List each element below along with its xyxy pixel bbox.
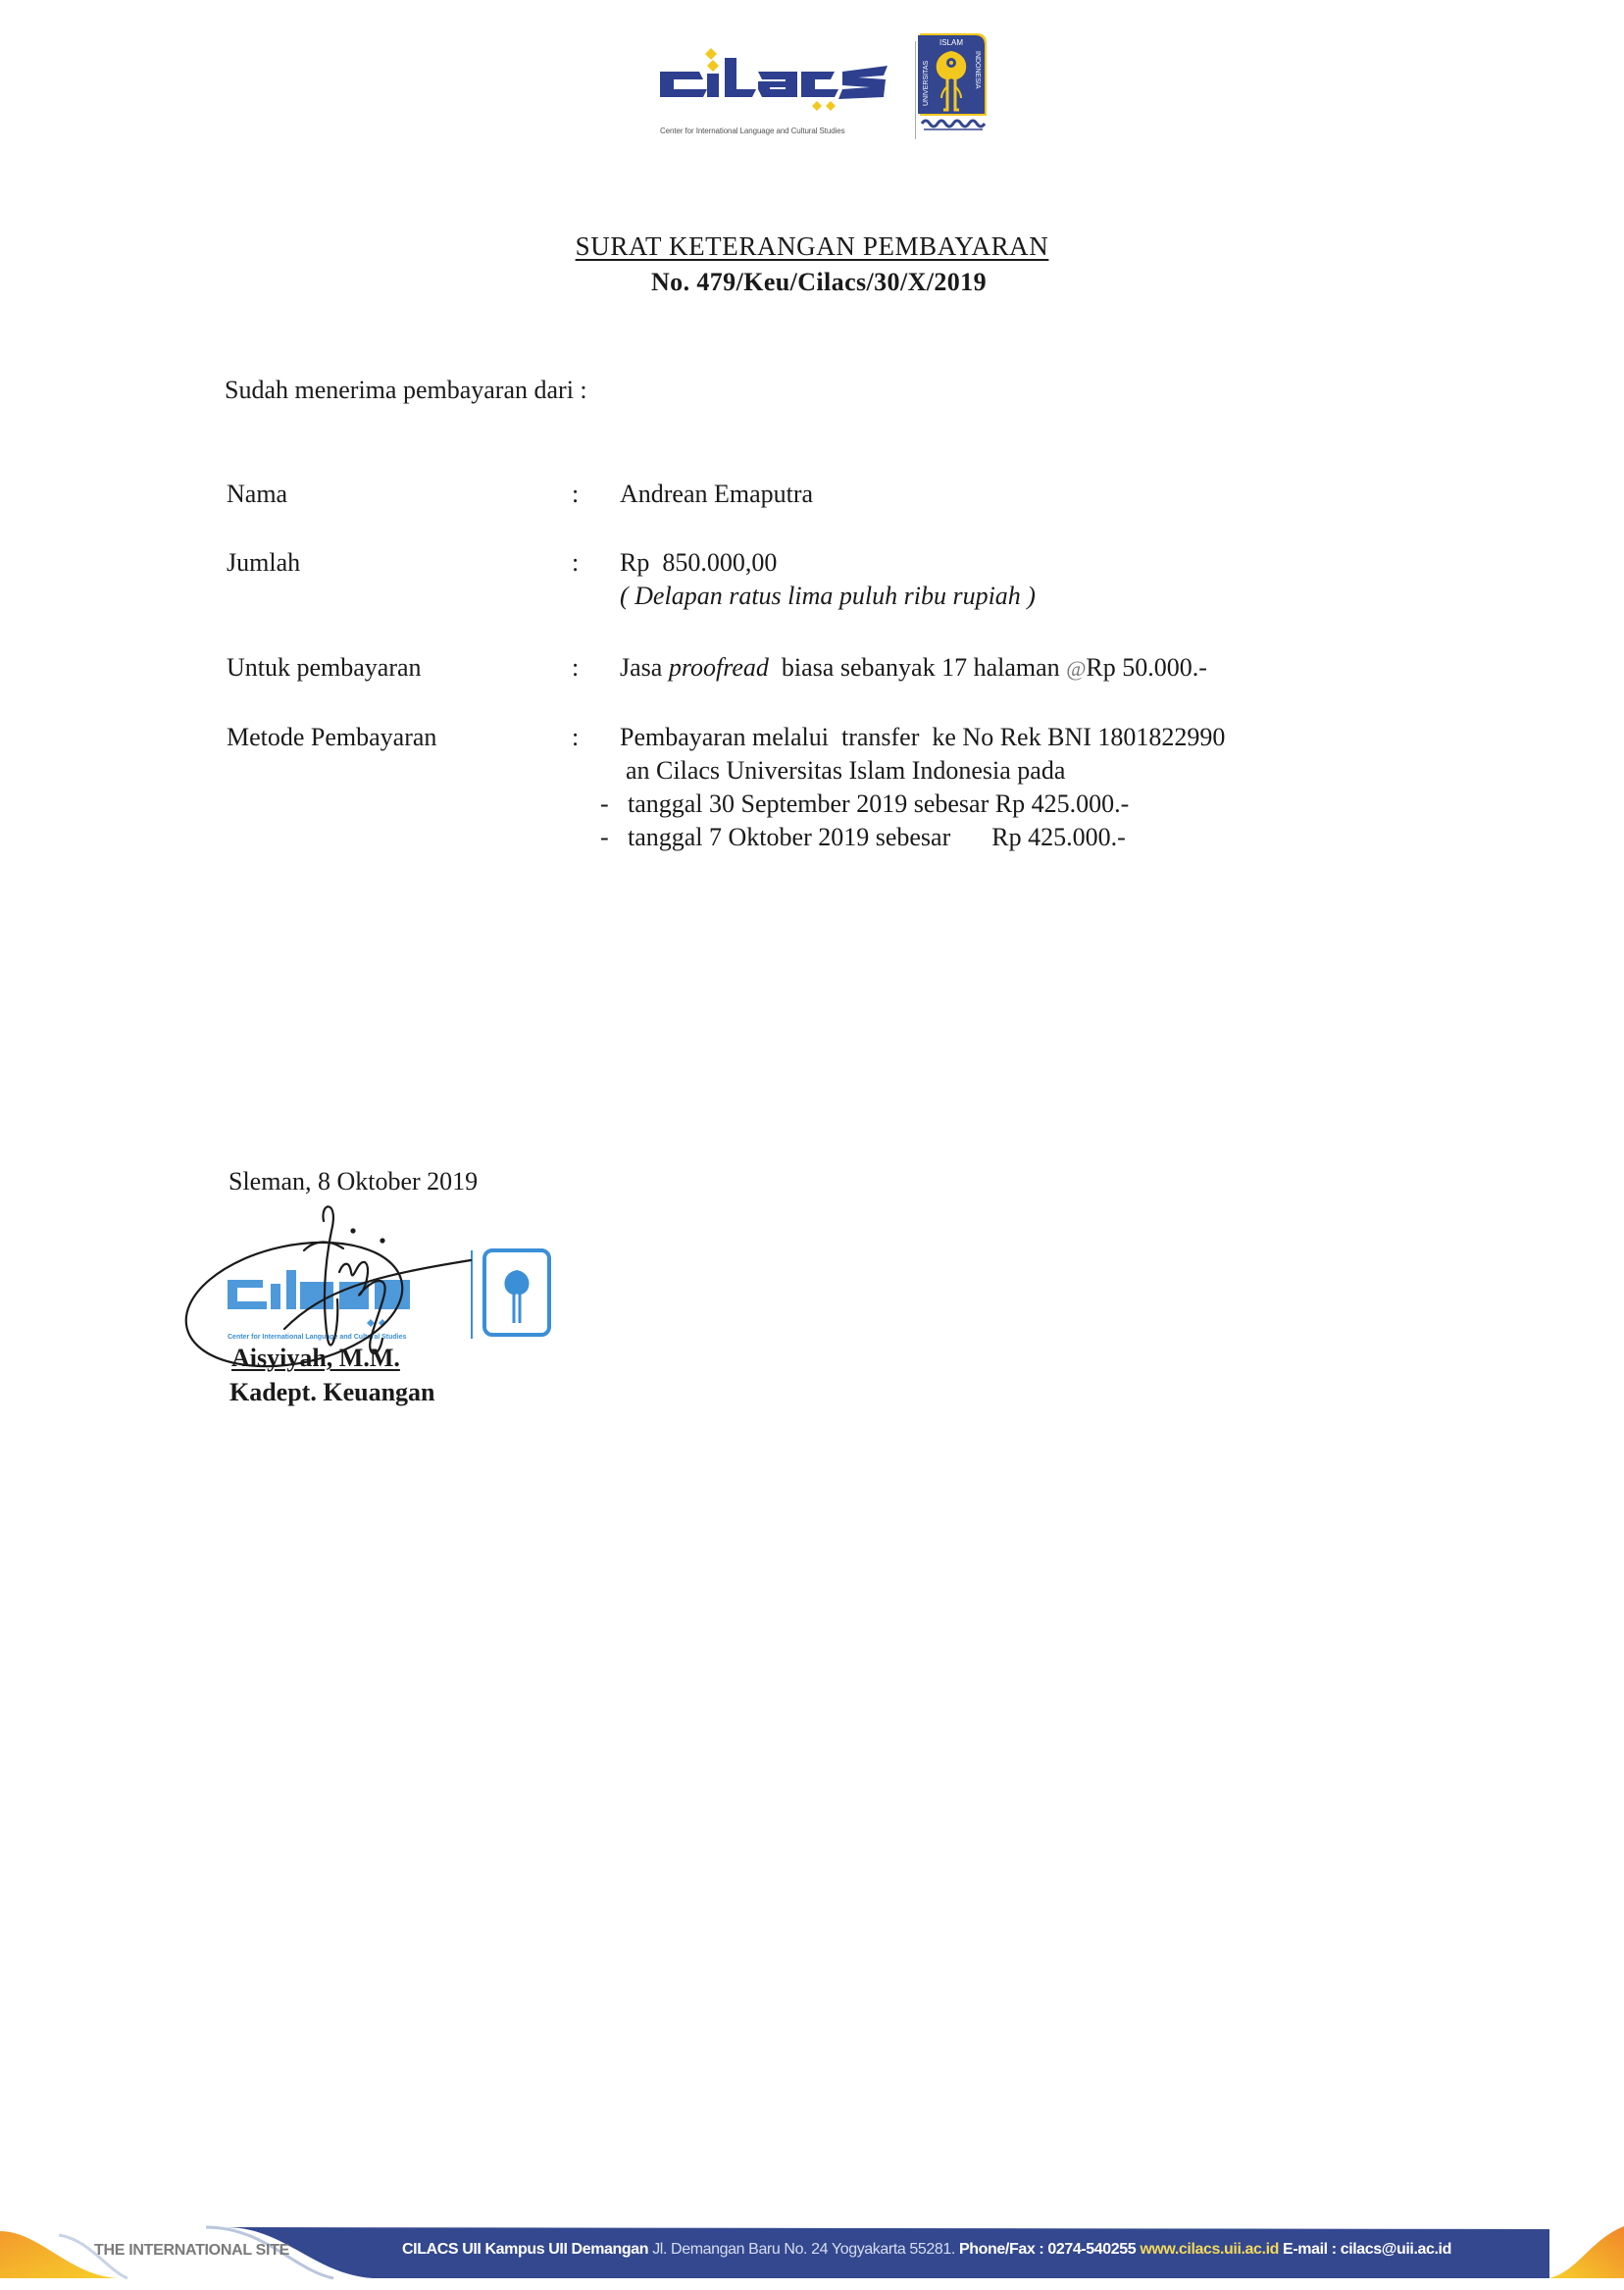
signer-name: Aisyiyah, M.M.: [231, 1344, 400, 1373]
footer-address: Jl. Demangan Baru No. 24 Yogyakarta 5528…: [648, 2241, 959, 2258]
cilacs-logo: Center for International Language and Cu…: [652, 44, 892, 137]
field-label: Jumlah: [227, 546, 300, 580]
footer-website-link[interactable]: www.cilacs.uii.ac.id: [1140, 2241, 1279, 2258]
letterhead: Center for International Language and Cu…: [647, 29, 1000, 142]
installment-amount: Rp 425.000.-: [995, 789, 1130, 818]
cilacs-wordmark-icon: [652, 44, 892, 113]
installment-list: - tanggal 30 September 2019 sebesar Rp 4…: [600, 788, 1225, 854]
field-colon: :: [572, 651, 579, 685]
university-emblem-icon: ISLAM UNIVERSITAS INDONESIA: [914, 29, 992, 142]
purpose-prefix: Jasa: [620, 653, 669, 682]
signer-role: Kadept. Keuangan: [229, 1378, 435, 1407]
purpose-service: proofread: [669, 653, 769, 682]
installment-amount: Rp 425.000.-: [991, 823, 1126, 851]
purpose-detail: biasa sebanyak 17 halaman: [769, 653, 1066, 682]
payment-purpose: Jasa proofread biasa sebanyak 17 halaman…: [620, 651, 1207, 686]
amount-in-words: ( Delapan ratus lima puluh ribu rupiah ): [620, 580, 1036, 613]
intro-text: Sudah menerima pembayaran dari :: [225, 376, 587, 405]
footer-contact-info: CILACS UII Kampus UII Demangan Jl. Deman…: [402, 2241, 1451, 2259]
document-title: SURAT KETERANGAN PEMBAYARAN: [576, 231, 1049, 262]
document-heading: SURAT KETERANGAN PEMBAYARAN No. 479/Keu/…: [0, 231, 1624, 297]
payer-name: Andrean Emaputra: [620, 478, 813, 511]
uii-logo: ISLAM UNIVERSITAS INDONESIA: [914, 29, 992, 142]
footer-phone: Phone/Fax : 0274-540255: [959, 2241, 1140, 2258]
field-label: Metode Pembayaran: [227, 721, 436, 754]
installment-text: tanggal 30 September 2019 sebesar: [628, 789, 995, 818]
footer-banner: THE INTERNATIONAL SITE CILACS UII Kampus…: [0, 2221, 1624, 2280]
field-colon: :: [572, 721, 579, 754]
amount-value: Rp 850.000,00: [620, 546, 1036, 580]
installment-item: - tanggal 7 Oktober 2019 sebesarRp 425.0…: [600, 821, 1225, 854]
document-number: No. 479/Keu/Cilacs/30/X/2019: [14, 268, 1624, 297]
field-colon: :: [572, 546, 579, 580]
footer-email-link[interactable]: E-mail : cilacs@uii.ac.id: [1279, 2241, 1451, 2258]
field-label: Untuk pembayaran: [227, 651, 422, 685]
amount-block: Rp 850.000,00 ( Delapan ratus lima puluh…: [620, 546, 1036, 613]
at-icon: @: [1066, 652, 1086, 686]
footer-site-label: THE INTERNATIONAL SITE: [94, 2242, 289, 2260]
method-line-1: Pembayaran melalui transfer ke No Rek BN…: [620, 721, 1225, 754]
svg-text:UNIVERSITAS: UNIVERSITAS: [923, 61, 930, 106]
cilacs-logo-subtitle: Center for International Language and Cu…: [660, 127, 845, 135]
list-dash: -: [600, 788, 609, 821]
field-colon: :: [572, 478, 579, 511]
method-line-2: an Cilacs Universitas Islam Indonesia pa…: [620, 754, 1225, 788]
list-dash: -: [600, 821, 609, 854]
purpose-rate: Rp 50.000.-: [1086, 653, 1207, 682]
footer-org: CILACS UII Kampus UII Demangan: [402, 2241, 648, 2258]
svg-text:ISLAM: ISLAM: [939, 38, 963, 47]
field-label: Nama: [227, 478, 287, 511]
svg-text:Center for International Langu: Center for International Language and Cu…: [228, 1334, 407, 1341]
payment-method-block: Pembayaran melalui transfer ke No Rek BN…: [620, 721, 1225, 854]
svg-text:INDONESIA: INDONESIA: [974, 51, 981, 89]
installment-text: tanggal 7 Oktober 2019 sebesar: [628, 823, 950, 851]
installment-item: - tanggal 30 September 2019 sebesar Rp 4…: [600, 788, 1225, 821]
